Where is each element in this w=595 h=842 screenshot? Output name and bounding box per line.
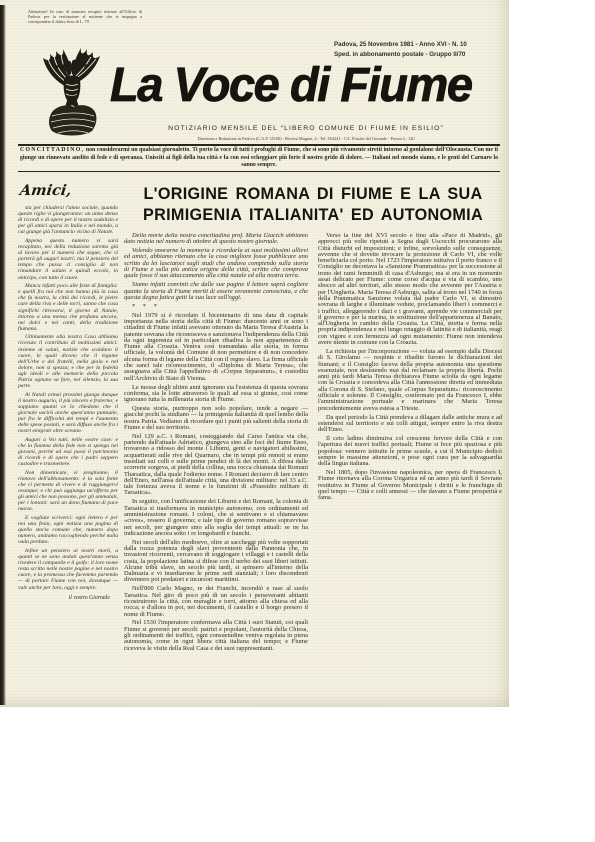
eagle-emblem-icon [40,42,104,142]
paragraph: E vogliate scriverci: ogni lettera è per… [18,515,118,545]
paragraph: Nei secoli dell'alto medioevo, oltre ai … [124,540,308,584]
letter-signature: il vostro Giornale [18,595,118,601]
masthead-dateline: Padova, 25 Novembre 1981 - Anno XVI - N.… [334,40,494,59]
paragraph: Siamo infatti convinti che dalle sue pag… [124,282,308,301]
bottom-rule [18,171,500,172]
paragraph: Ultimamente alla nostra Casa abbiamo ric… [18,334,118,389]
article-intro: Della morte della nostra concittadina pr… [124,233,308,301]
newspaper-subtitle: NOTIZIARIO MENSILE DEL “LIBERO COMUNE DI… [130,125,482,132]
postal-return-note: Attenzione! In caso di mancato recapito … [28,9,142,24]
main-article: L'ORIGINE ROMANA DI FIUME E LA SUA PRIMI… [124,184,502,664]
paragraph: Ai Natali ormai prossimi giunga dunque i… [18,392,118,435]
paragraph: Questa storia, purtroppo non solo popola… [124,406,308,431]
newspaper-title: La Voce di Fiume [110,58,494,120]
letter-heading: Amici, [19,182,118,199]
paragraph: Nell'800 Carlo Magno, re dei Franchi, in… [124,586,308,617]
headline-line-1: L'ORIGINE ROMANA DI FIUME E LA SUA [143,185,482,203]
scan-edge-shadow [0,5,6,705]
motto-text: non considerarmi un qualsiasi giornalett… [20,147,498,168]
paragraph: Nel 1979 si è ricordato il bicentenario … [124,313,308,382]
paragraph: Nel 1530 l'imperatore confermava alla Ci… [124,620,308,651]
article-body: Della morte della nostra concittadina pr… [124,233,502,664]
paragraph: Il ceto ladino diminuiva col crescente f… [318,436,502,467]
letter-paragraphs: sta per chiudersi l'anno sociale, quando… [18,205,118,591]
headline-line-2: PRIMIGENIA ITALIANITA' ED AUTONOMIA [143,206,483,224]
letter-column: Amici, sta per chiudersi l'anno sociale,… [18,182,118,682]
paragraph: Della morte della nostra concittadina pr… [124,233,308,246]
masthead-address-line: Direzione e Redazione in Padova (C.A.P. … [118,136,494,141]
paragraph: Non dimenticate, vi preghiamo, il rinnov… [18,470,118,513]
paragraph: Volendo onorarne la memoria e ricordarla… [124,248,308,279]
paragraph: Nel 129 a.C. i Romani, costeggiando dal … [124,434,308,497]
section-separator: * * * [124,304,308,310]
motto-lead-word: CONCITTADINO, [20,147,84,153]
paragraph: Manca infatti poco alle feste di famigli… [18,283,118,332]
paragraph: Appena questo numero vi sarà recapitato,… [18,238,118,281]
top-rule [18,144,500,146]
paragraph: La richiesta per l'incorporazione — volu… [318,349,502,412]
paragraph: Infine un pensiero ai nostri morti, a qu… [18,548,118,591]
article-headline: L'ORIGINE ROMANA DI FIUME E LA SUA PRIMI… [124,184,502,225]
motto-band: CONCITTADINO, non considerarmi un qualsi… [20,147,498,170]
paragraph: Nel 1805, dopo l'invasione napoleonica, … [318,470,502,501]
paragraph: sta per chiudersi l'anno sociale, quando… [18,205,118,235]
dateline-issue: Padova, 25 Novembre 1981 - Anno XVI - N.… [334,40,494,50]
paragraph: Auguri a Voi tutti, nelle vostre case: e… [18,437,118,467]
newspaper-page-scan: Attenzione! In caso di mancato recapito … [0,0,509,707]
paragraph: Le mosse degli ultimi anni ignorano sia … [124,385,308,404]
paragraph: In seguito, con l'unificazione dei Libur… [124,499,308,537]
paragraph: Da quel periodo la Città prendeva a dila… [318,415,502,434]
paragraph: Verso la fine del XVI secolo e fino alla… [318,233,502,346]
